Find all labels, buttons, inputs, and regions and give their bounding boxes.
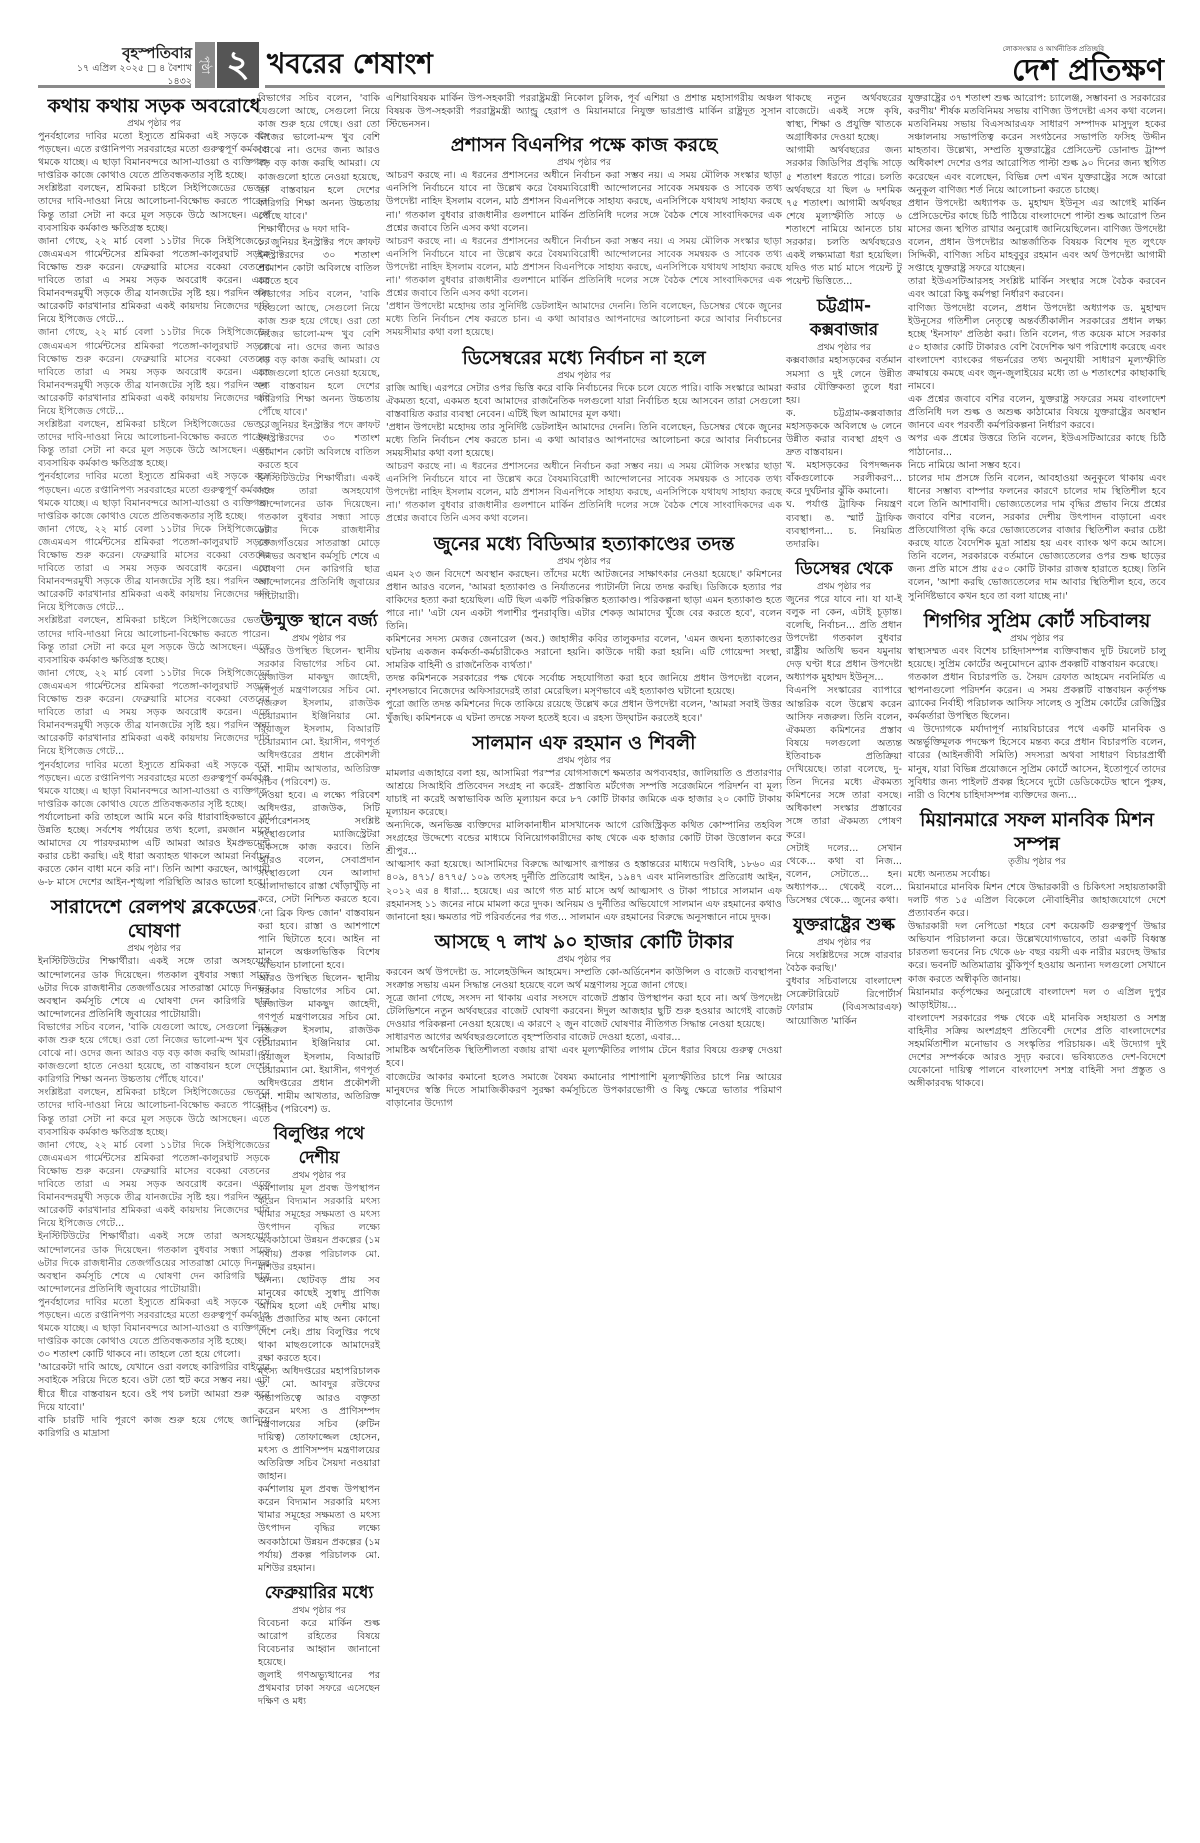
paragraph: অপর এক প্রশ্নের উত্তরে তিনি বলেন, ইউএসটি… — [908, 432, 1166, 458]
paragraph: সংশ্লিষ্টরা বলছেন, শ্রমিকরা চাইলে সিইপিজ… — [38, 182, 270, 234]
article-december-election: ডিসেম্বরের মধ্যে নির্বাচন না হলে প্রথম প… — [386, 346, 782, 526]
paragraph: পুনর্বহালের দাবির মতো ইস্যুতে শ্রমিকরা এ… — [38, 1296, 270, 1348]
paragraph: বাংলাদেশ সরকারের পক্ষ থেকে এই মানবিক সহা… — [908, 1012, 1166, 1091]
article-body: নিয়ে সংশ্লিষ্টদের সঙ্গে বারবার বৈঠক করছ… — [786, 949, 902, 1028]
headline[interactable]: শিগগির সুপ্রিম কোর্ট সচিবালয় — [908, 609, 1166, 633]
paragraph: ইনস্টিটিউটের শিক্ষার্থীরা। একই সঙ্গে তার… — [38, 955, 270, 1020]
article-body: বিভাগের সচিব বলেন, 'বাকি যেগুলো আছে, সেগ… — [258, 92, 380, 603]
article-body: কর্মশালায় মূল প্রবন্ধ উপস্থাপন করেন বিদ… — [258, 1182, 380, 1575]
paragraph: খ. মহাসড়কের বিপদজ্জনক বাঁকগুলোকে সরলীকর… — [786, 459, 902, 498]
paragraph: জুলাই গণঅভ্যুত্থানের পর প্রথমবার ঢাকা সফ… — [258, 1669, 380, 1708]
headline[interactable]: ফেব্রুয়ারির মধ্যে — [258, 1581, 380, 1605]
article-native-fish: বিলুপ্তির পথে দেশীয় প্রথম পৃষ্ঠার পর কর… — [258, 1122, 380, 1575]
article-waste-management: উন্মুক্ত স্থানে বর্জ্য প্রথম পৃষ্ঠার পর … — [258, 609, 380, 1116]
article-body: রাজি আছি। এরপরে সেটার ওপর ভিত্তি করে বাক… — [386, 382, 782, 526]
header-rule-left — [38, 85, 191, 88]
paragraph: পুনর্বহালের দাবির মতো ইস্যুতে শ্রমিকরা এ… — [38, 470, 270, 522]
paragraph: ঘ. পর্যাপ্ত ট্রাফিক নিয়ন্ত্রণ ব্যবস্থা।… — [786, 498, 902, 550]
day-name: বৃহস্পতিবার — [60, 44, 192, 62]
continuation-label: প্রথম পৃষ্ঠার পর — [386, 954, 782, 966]
header-rule-right — [265, 85, 1165, 88]
headline[interactable]: বিলুপ্তির পথে দেশীয় — [258, 1122, 380, 1170]
column-right: যুক্তরাষ্ট্রের ৩৭ শতাংশ শুল্ক আরোপ: চ্যা… — [908, 92, 1166, 1096]
paragraph: প্রধান উপদেষ্টা অধ্যাপক ড. মুহাম্মদ ইউনূ… — [908, 197, 1166, 276]
paragraph: সেটাই দলের... সেখান থেকে... কথা বা নিজ..… — [786, 842, 902, 907]
paragraph: তারা ইউএসটিআরসহ সংশ্লিষ্ট মার্কিন সংস্থা… — [908, 275, 1166, 301]
paragraph: বিভাগের সচিব বলেন, 'বাকি যেগুলো আছে, সেগ… — [258, 92, 380, 223]
paragraph: ক. চট্টগ্রাম-কক্সবাজার মহাসড়ককে অবিলম্ব… — [786, 407, 902, 459]
paragraph: আচরণ করছে না। এ ধরনের প্রশাসনের অধীনে নি… — [386, 169, 782, 234]
paragraph: নেওয়া হবে। এ লক্ষ্যে পরিবেশ অধিদপ্তর, র… — [258, 789, 380, 972]
paragraph: বিভাগের সচিব বলেন, 'বাকি যেগুলো আছে, সেগ… — [38, 1021, 270, 1086]
paragraph: বাণিজ্য উপদেষ্টা বলেন, প্রধান উপদেষ্টা অ… — [908, 302, 1166, 394]
paragraph: সাধারণত আগের অর্থবছরগুলোতে বৃহস্পতিবার ব… — [386, 1031, 782, 1044]
paragraph: জুনের পরে যাবে না। যা যা-ই বলুক না কেন, … — [786, 593, 902, 685]
paragraph: গতকাল প্রধান বিচারপতি ড. সৈয়দ রেফাত আহম… — [908, 671, 1166, 723]
date-block: বৃহস্পতিবার ১৭ এপ্রিল ২০২৫ □ ৪ বৈশাখ ১৪৩… — [60, 44, 192, 88]
article-body: এমন ২৩ জন বিদেশে অবস্থান করছেন। তাঁদের ম… — [386, 568, 782, 725]
article-admin-bnp: এশিয়াবিষয়ক মার্কিন উপ-সহকারী পররাষ্ট্র… — [386, 92, 782, 340]
article-myanmar-mission: মিয়ানমারে সফল মানবিক মিশন সম্পন্ন তৃতীয… — [908, 808, 1166, 1091]
article-us-tariff-main: যুক্তরাষ্ট্রের ৩৭ শতাংশ শুল্ক আরোপ: চ্যা… — [908, 92, 1166, 603]
paragraph: করবেন অর্থ উপদেষ্টা ড. সালেহউদ্দিন আহমেদ… — [386, 966, 782, 992]
paragraph: পুনর্বহালের দাবির মতো ইস্যুতে শ্রমিকরা এ… — [38, 759, 270, 811]
paragraph: মামলার এজাহারে বলা হয়, আসামিরা পরস্পর য… — [386, 767, 782, 819]
continuation-label: প্রথম পৃষ্ঠার পর — [786, 937, 902, 949]
paragraph: জানা গেছে, ২২ মার্চ বেলা ১১টার দিকে সিইপ… — [38, 667, 270, 759]
headline[interactable]: যুক্তরাষ্ট্রের শুল্ক — [786, 913, 902, 937]
paragraph: জানা গেছে, ২২ মার্চ বেলা ১১টার দিকে সিইপ… — [38, 326, 270, 418]
headline[interactable]: সালমান এফ রহমান ও শিবলী — [386, 731, 782, 755]
column-3: এশিয়াবিষয়ক মার্কিন উপ-সহকারী পররাষ্ট্র… — [386, 92, 782, 1116]
headline[interactable]: উন্মুক্ত স্থানে বর্জ্য — [258, 609, 380, 633]
paragraph: কর্মশালায় মূল প্রবন্ধ উপস্থাপন করেন বিদ… — [258, 1483, 380, 1575]
paragraph: আচরণ করছে না। এ ধরনের প্রশাসনের অধীনে নি… — [386, 235, 782, 300]
paragraph: আচরণ করছে না। এ ধরনের প্রশাসনের অধীনে নি… — [386, 460, 782, 525]
headline[interactable]: জুনের মধ্যে বিডিআর হত্যাকাণ্ডের তদন্ত — [386, 532, 782, 556]
paragraph: বিভাগের সচিব বলেন, 'বাকি যেগুলো আছে, সেগ… — [258, 288, 380, 419]
article-body: জুনের পরে যাবে না। যা যা-ই বলুক না কেন, … — [786, 593, 902, 907]
continuation-label: প্রথম পৃষ্ঠার পর — [258, 1605, 380, 1617]
paragraph: এক প্রশ্নের জবাবে বশির বলেন, যুক্তরাষ্ট্… — [908, 393, 1166, 432]
paragraph: আত্মসাৎ করা হয়েছে। আসামিদের বিরুদ্ধে আত… — [386, 858, 782, 923]
article-budget: আসছে ৭ লাখ ৯০ হাজার কোটি টাকার প্রথম পৃষ… — [386, 930, 782, 1110]
paragraph: সামষ্টিক অর্থনৈতিক স্থিতিশীলতা বজায় রাখ… — [386, 1044, 782, 1070]
paragraph: অন্যদিকে, অনভিজ্ঞ ব্যক্তিদের মালিকানাধীন… — [386, 819, 782, 858]
paragraph: জানা গেছে, ২২ মার্চ বেলা ১১টার দিকে সিইপ… — [38, 235, 270, 327]
column-1: কথায় কথায় সড়ক অবরোধে প্রথম পৃষ্ঠার পর… — [38, 92, 270, 1446]
column-narrow-right: থাকছে নতুন অর্থবছরের বাজেটে। একই সঙ্গে ক… — [786, 92, 902, 1034]
continuation-label: প্রথম পৃষ্ঠার পর — [386, 556, 782, 568]
paragraph: সংশ্লিষ্টরা বলছেন, শ্রমিকরা চাইলে সিইপিজ… — [38, 418, 270, 470]
paragraph: বুধবার সচিবালয়ে বাংলাদেশ সেক্রেটারিয়েট… — [786, 975, 902, 1027]
article-budget-cont: থাকছে নতুন অর্থবছরের বাজেটে। একই সঙ্গে ক… — [786, 92, 902, 288]
paragraph: কর্মশালায় মূল প্রবন্ধ উপস্থাপন করেন বিদ… — [258, 1182, 380, 1274]
article-body: কক্সবাজার মহাসড়কের বর্তমান সমস্যা ও দুই… — [786, 354, 902, 550]
paragraph: স্বাস্থ্যসম্মত এবং বিশেষ চাহিদাসম্পন্ন ব… — [908, 645, 1166, 671]
article-body: যুক্তরাষ্ট্রের ৩৭ শতাংশ শুল্ক আরোপ: চ্যা… — [908, 92, 1166, 603]
paragraph: ৩০ শতাংশ কোটি থাকবে না। তাহলে তো হয়ে গে… — [38, 1348, 270, 1361]
continuation-label: প্রথম পৃষ্ঠার পর — [386, 370, 782, 382]
continuation-label: প্রথম পৃষ্ঠার পর — [258, 1170, 380, 1182]
continuation-label: প্রথম পৃষ্ঠার পর — [38, 943, 270, 955]
article-body: স্বাস্থ্যসম্মত এবং বিশেষ চাহিদাসম্পন্ন ব… — [908, 645, 1166, 802]
article-body: ইনস্টিটিউটের শিক্ষার্থীরা। একই সঙ্গে তার… — [38, 955, 270, 1439]
brand-name: দেশ প্রতিক্ষণ — [1003, 54, 1164, 88]
paragraph: ১. জুনিয়র ইনস্ট্রাক্টর পদে ক্রাফট ইনস্ট… — [258, 236, 380, 288]
article-supreme-court: শিগগির সুপ্রিম কোর্ট সচিবালয় প্রথম পৃষ্… — [908, 609, 1166, 802]
paragraph: সূত্রে জানা গেছে, সংসদ না থাকায় এবার সং… — [386, 992, 782, 1031]
headline[interactable]: মিয়ানমারে সফল মানবিক মিশন সম্পন্ন — [908, 808, 1166, 856]
paragraph: অনন্য। ছোটবড় প্রায় সব মানুষের কাছেই সু… — [258, 1274, 380, 1366]
paragraph: মৎস্য অধিদপ্তরের মহাপরিচালক ড. মো. আবদুর… — [258, 1365, 380, 1483]
continuation-label: প্রথম পৃষ্ঠার পর — [386, 157, 782, 169]
article-body: মধ্যে অন্যতম সর্বোচ্চ। মিয়ানমারে মানবিক… — [908, 868, 1166, 1091]
article-intro: এশিয়াবিষয়ক মার্কিন উপ-সহকারী পররাষ্ট্র… — [386, 92, 782, 131]
paragraph: শিক্ষার্থীদের ৬ দফা দাবি- — [258, 223, 380, 236]
section-title: খবরের শেষাংশ — [267, 44, 433, 84]
paragraph: থাকছে নতুন অর্থবছরের বাজেটে। একই সঙ্গে ক… — [786, 92, 902, 144]
paragraph: কক্সবাজার মহাসড়কের বর্তমান সমস্যা ও দুই… — [786, 354, 902, 406]
article-from-december: ডিসেম্বর থেকে প্রথম পৃষ্ঠার পর জুনের পরে… — [786, 557, 902, 907]
article-body: থাকছে নতুন অর্থবছরের বাজেটে। একই সঙ্গে ক… — [786, 92, 902, 288]
paragraph: 'আরেকটা দাবি আছে, যেখানে ওরা বলছে কারিগর… — [38, 1361, 270, 1413]
article-body: করবেন অর্থ উপদেষ্টা ড. সালেহউদ্দিন আহমেদ… — [386, 966, 782, 1110]
paragraph: এ উদ্যোগকে মর্যাদাপূর্ণ ন্যায়বিচারের পথ… — [908, 723, 1166, 802]
continuation-label: প্রথম পৃষ্ঠার পর — [258, 633, 380, 645]
paragraph: উদ্ধারকারী দল নেপিডো শহরে বেশ কয়েকটি গু… — [908, 920, 1166, 985]
headline[interactable]: কথায় কথায় সড়ক অবরোধে — [38, 94, 270, 118]
column-2: বিভাগের সচিব বলেন, 'বাকি যেগুলো আছে, সেগ… — [258, 92, 380, 1715]
paragraph: পর্যালোচনা করি তাহলে আমি মনে করি ধারাবাহ… — [38, 811, 270, 890]
paragraph: সংশ্লিষ্টরা বলছেন, শ্রমিকরা চাইলে সিইপিজ… — [38, 614, 270, 666]
page-number: ২ — [217, 42, 259, 88]
headline[interactable]: সারাদেশে রেলপথ ব্লকেডের ঘোষণা — [38, 895, 270, 943]
paragraph: মধ্যে অন্যতম সর্বোচ্চ। — [908, 868, 1166, 881]
article-us-tariff: যুক্তরাষ্ট্রের শুল্ক প্রথম পৃষ্ঠার পর নি… — [786, 913, 902, 1028]
paragraph: কমিশনের সদস্য মেজর জেনারেল (অব.) জাহাঙ্গ… — [386, 633, 782, 672]
article-body: পুনর্বহালের দাবির মতো ইস্যুতে শ্রমিকরা এ… — [38, 130, 270, 889]
paragraph: পুরো জাতি তদন্ত কমিশনের দিকে তাকিয়ে রয়… — [386, 698, 782, 724]
paragraph: বিএনপি সংস্কারের ব্যাপারে আন্তরিক বলে উল… — [786, 684, 902, 841]
paragraph: নিয়ে সংশ্লিষ্টদের সঙ্গে বারবার বৈঠক করছ… — [786, 949, 902, 975]
article-body: আচরণ করছে না। এ ধরনের প্রশাসনের অধীনে নি… — [386, 169, 782, 339]
paragraph: ১. জুনিয়র ইনস্ট্রাক্টর পদে ক্রাফট ইনস্ট… — [258, 419, 380, 471]
masthead: বৃহস্পতিবার ১৭ এপ্রিল ২০২৫ □ ৪ বৈশাখ ১৪৩… — [0, 0, 1200, 88]
paragraph: চালের দাম প্রসঙ্গে তিনি বলেন, আবহাওয়া অ… — [908, 472, 1166, 603]
headline[interactable]: আসছে ৭ লাখ ৯০ হাজার কোটি টাকার — [386, 930, 782, 954]
continuation-label: প্রথম পৃষ্ঠার পর — [786, 581, 902, 593]
paragraph: তদন্ত কমিশনকে সরকারের পক্ষ থেকে সর্বোচ্চ… — [386, 672, 782, 698]
continuation-label: তৃতীয় পৃষ্ঠার পর — [908, 856, 1166, 868]
article-technical-education: বিভাগের সচিব বলেন, 'বাকি যেগুলো আছে, সেগ… — [258, 92, 380, 603]
article-body: আরও উপস্থিত ছিলেন- স্থানীয় সরকার বিভাগে… — [258, 645, 380, 1116]
paragraph: বিবেচনা করে মার্কিন শুল্ক আরোপ রহিতের বি… — [258, 1617, 380, 1669]
continuation-label: প্রথম পৃষ্ঠার পর — [786, 342, 902, 354]
continuation-label: প্রথম পৃষ্ঠার পর — [38, 118, 270, 130]
headline[interactable]: প্রশাসন বিএনপির পক্ষে কাজ করছে — [386, 133, 782, 157]
article-body: বিবেচনা করে মার্কিন শুল্ক আরোপ রহিতের বি… — [258, 1617, 380, 1709]
headline[interactable]: চট্টগ্রাম-কক্সবাজার — [786, 294, 902, 342]
newspaper-logo: লোকসংস্কার ও আর্থনীতিক প্রতিচ্ছবি দেশ প্… — [1003, 44, 1164, 88]
article-ctg-coxsbazar: চট্টগ্রাম-কক্সবাজার প্রথম পৃষ্ঠার পর কক্… — [786, 294, 902, 550]
paragraph: জানা গেছে, ২২ মার্চ বেলা ১১টার দিকে সিইপ… — [38, 523, 270, 615]
paragraph: মিয়ানমারে মানবিক মিশন শেষে উদ্ধারকারী ও… — [908, 881, 1166, 920]
paragraph: জানা গেছে, ২২ মার্চ বেলা ১১টার দিকে সিইপ… — [38, 1139, 270, 1231]
article-bdr-probe: জুনের মধ্যে বিডিআর হত্যাকাণ্ডের তদন্ত প্… — [386, 532, 782, 725]
paragraph: মিয়ানমার কর্তৃপক্ষের অনুরোধে বাংলাদেশ দ… — [908, 986, 1166, 1012]
headline[interactable]: ডিসেম্বরের মধ্যে নির্বাচন না হলে — [386, 346, 782, 370]
page-label: পৃষ্ঠা — [195, 42, 215, 88]
paragraph: রাজি আছি। এরপরে সেটার ওপর ভিত্তি করে বাক… — [386, 382, 782, 421]
paragraph: আগামী অর্থবছরের জন্য সরকার জিডিপির প্রবৃ… — [786, 144, 902, 288]
paragraph: ইনস্টিটিউটের শিক্ষার্থীরা। একই সঙ্গে তার… — [258, 472, 380, 603]
paragraph: নিচে নামিয়ে আনা সম্ভব হবে। — [908, 459, 1166, 472]
article-salman-shibli: সালমান এফ রহমান ও শিবলী প্রথম পৃষ্ঠার পর… — [386, 731, 782, 924]
paragraph: 'প্রধান উপদেষ্টা মহোদয় তার সুনির্দিষ্ট … — [386, 421, 782, 460]
paragraph: সংশ্লিষ্টরা বলছেন, শ্রমিকরা চাইলে সিইপিজ… — [38, 1086, 270, 1138]
article-road-block: কথায় কথায় সড়ক অবরোধে প্রথম পৃষ্ঠার পর… — [38, 94, 270, 889]
paragraph: ইনস্টিটিউটের শিক্ষার্থীরা। একই সঙ্গে তার… — [38, 1230, 270, 1295]
article-rail-blockade: সারাদেশে রেলপথ ব্লকেডের ঘোষণা প্রথম পৃষ্… — [38, 895, 270, 1439]
headline[interactable]: ডিসেম্বর থেকে — [786, 557, 902, 581]
article-body: মামলার এজাহারে বলা হয়, আসামিরা পরস্পর য… — [386, 767, 782, 924]
paragraph: বাকি চারটি দাবি পূরণে কাজ শুরু হয়ে গেছে… — [38, 1414, 270, 1440]
article-february: ফেব্রুয়ারির মধ্যে প্রথম পৃষ্ঠার পর বিবে… — [258, 1581, 380, 1709]
paragraph: আরও উপস্থিত ছিলেন- স্থানীয় সরকার বিভাগে… — [258, 645, 380, 789]
paragraph: যুক্তরাষ্ট্রের ৩৭ শতাংশ শুল্ক আরোপ: চ্যা… — [908, 92, 1166, 197]
paragraph: 'প্রধান উপদেষ্টা মহোদয় তার সুনির্দিষ্ট … — [386, 300, 782, 339]
paragraph: বাজেটের আকার কমানো হলেও সমাজে বৈষম্য কমা… — [386, 1071, 782, 1110]
paragraph: পুনর্বহালের দাবির মতো ইস্যুতে শ্রমিকরা এ… — [38, 130, 270, 182]
paragraph: আরও উপস্থিত ছিলেন- স্থানীয় সরকার বিভাগে… — [258, 972, 380, 1116]
continuation-label: প্রথম পৃষ্ঠার পর — [386, 755, 782, 767]
paragraph: এমন ২৩ জন বিদেশে অবস্থান করছেন। তাঁদের ম… — [386, 568, 782, 633]
continuation-label: প্রথম পৃষ্ঠার পর — [908, 633, 1166, 645]
